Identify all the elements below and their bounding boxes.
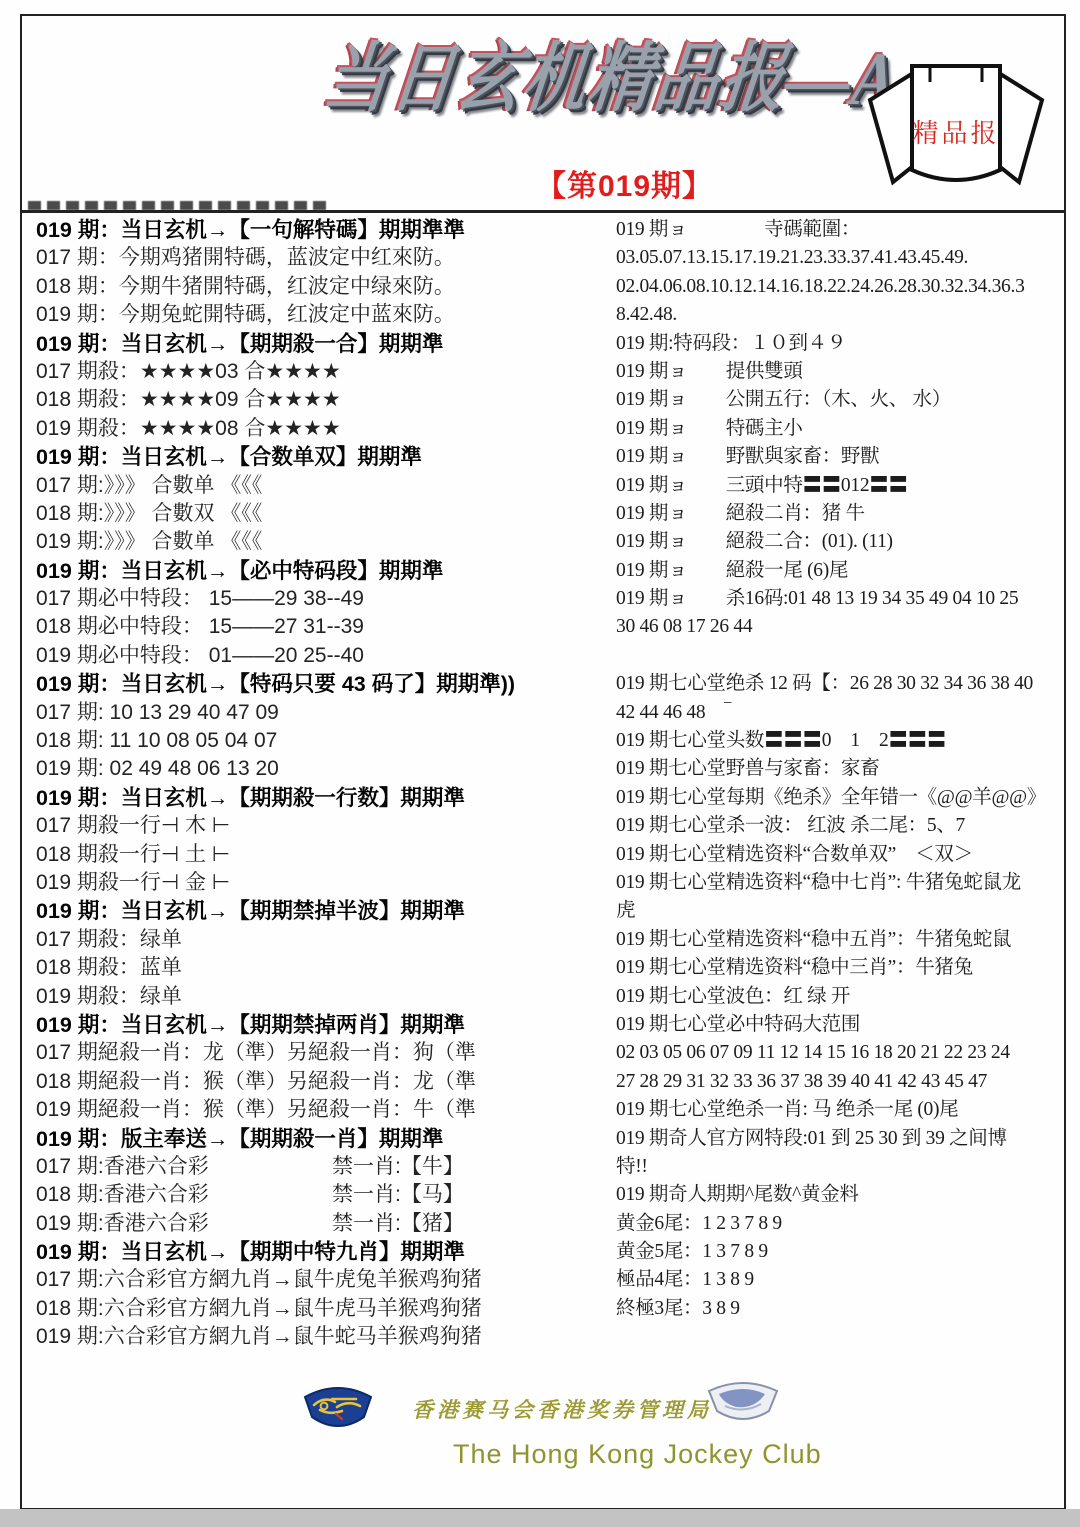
report-line-text: 019 期：当日玄机→【期期殺一行数】期期準: [36, 786, 465, 810]
report-line: 018 期：今期牛猪開特碼，红波定中绿來防。: [36, 273, 602, 301]
banner-label: 精品报: [912, 118, 999, 148]
report-line: 019 期七心堂精选资料“稳中五肖”：牛猪兔蛇鼠: [616, 926, 1062, 954]
report-line-text: 019 期七心堂精选资料“合数单双” ＜双＞: [616, 844, 973, 865]
report-line: 017 期:六合彩官方網九肖→鼠牛虎兔羊猴鸡狗猪: [36, 1266, 602, 1294]
issue-badge: 【第019期】: [536, 161, 713, 205]
report-line: 019 期：版主奉送→【期期殺一肖】期期準: [36, 1125, 602, 1153]
report-line: 019 期ョ 野獸與家畜：野獸: [616, 443, 1062, 471]
report-line-text: 019 期ョ 杀16码:01 48 13 19 34 35 49 04 10 2…: [616, 588, 1018, 609]
report-line-text: 019 期ョ 提供雙頭: [616, 361, 803, 382]
report-line-text: 特!!: [616, 1156, 648, 1177]
report-line-text: 8.42.48.: [616, 304, 677, 325]
report-line-text: 019 期：当日玄机→【期期殺一合】期期準: [36, 332, 443, 356]
report-line-text: 019 期ョ 絕殺一尾 (6)尾: [616, 560, 848, 581]
report-line: 018 期殺：蓝单: [36, 954, 602, 982]
report-line-text: 019 期ョ 特碼主小: [616, 418, 803, 439]
report-line-text: 019 期：版主奉送→【期期殺一肖】期期準: [36, 1127, 443, 1151]
report-line: 017 期: 10 13 29 40 47 09: [36, 699, 602, 727]
report-line-text: 017 期殺：★★★★03 合★★★★: [36, 360, 341, 383]
report-line-text: 019 期：当日玄机→【必中特码段】期期準: [36, 559, 443, 583]
report-line: 019 期奇人期期^尾数^黄金料: [616, 1181, 1062, 1209]
report-line-text: 019 期七心堂杀一波： 红波 杀二尾：5、7: [616, 815, 965, 836]
report-line-right-text: 禁一肖:【牛】: [332, 1153, 464, 1181]
right-column: 019 期ョ 寺碼範圍：03.05.07.13.15.17.19.21.23.3…: [616, 216, 1062, 1323]
report-line-text: 019 期奇人官方网特段:01 到 25 30 到 39 之间博: [616, 1128, 1007, 1149]
report-line-text: 42 44 46 48 ‾: [616, 702, 731, 723]
report-line-text: 018 期:》》》 合數双 《《《: [36, 502, 262, 525]
report-line-text: 019 期七心堂野兽与家畜：家畜: [616, 758, 879, 779]
report-line-text: 02 03 05 06 07 09 11 12 14 15 16 18 20 2…: [616, 1042, 1010, 1063]
report-line-text: 017 期:》》》 合數单 《《《: [36, 474, 262, 497]
report-line-text: 019 期七心堂绝杀一肖: 马 绝杀一尾 (0)尾: [616, 1099, 958, 1120]
report-line: 019 期：今期兔蛇開特碼，红波定中蓝來防。: [36, 301, 602, 329]
report-line-text: 018 期殺：蓝单: [36, 956, 182, 979]
report-line-text: 019 期: 02 49 48 06 13 20: [36, 757, 279, 780]
report-line-text: 019 期七心堂波色：红 绿 开: [616, 986, 850, 1007]
report-line-text: 019 期ョ 野獸與家畜：野獸: [616, 446, 879, 467]
report-line-text: 019 期：当日玄机→【期期禁掉两肖】期期準: [36, 1013, 465, 1037]
report-line-text: 019 期殺：绿单: [36, 985, 182, 1008]
report-line: 019 期：当日玄机→【期期中特九肖】期期準: [36, 1238, 602, 1266]
report-line-text: 019 期：今期兔蛇開特碼，红波定中蓝來防。: [36, 303, 455, 326]
report-line: 02 03 05 06 07 09 11 12 14 15 16 18 20 2…: [616, 1039, 1062, 1067]
report-line: 018 期:香港六合彩禁一肖:【马】: [36, 1181, 602, 1209]
report-line-text: 019 期ョ 三頭中特〓〓012〓〓: [616, 475, 908, 496]
report-page: 当日玄机精品报—A 【第019期】 精品报 019 期：当日玄机→【一句解特碼】…: [0, 0, 1080, 1527]
report-line: 019 期ョ 三頭中特〓〓012〓〓: [616, 472, 1062, 500]
report-line-text: 018 期殺一行⊣ 土 ⊢: [36, 843, 230, 866]
report-line: 019 期七心堂头数〓〓〓0 1 2〓〓〓: [616, 727, 1062, 755]
report-line: 018 期必中特段： 15——27 31--39: [36, 613, 602, 641]
report-line: 018 期絕殺一肖：猴（準）另絕殺一肖：龙（準: [36, 1068, 602, 1096]
report-line: 019 期殺：绿单: [36, 983, 602, 1011]
report-line: 019 期ョ 絕殺二肖：猪 牛: [616, 500, 1062, 528]
report-line: 017 期:香港六合彩禁一肖:【牛】: [36, 1153, 602, 1181]
report-line: 019 期：当日玄机→【期期殺一行数】期期準: [36, 784, 602, 812]
report-line: 黄金5尾：1 3 7 8 9: [616, 1238, 1062, 1266]
report-line: 017 期殺一行⊣ 木 ⊢: [36, 812, 602, 840]
report-line-text: 017 期殺一行⊣ 木 ⊢: [36, 814, 230, 837]
report-line-text: 019 期ョ 絕殺二肖：猪 牛: [616, 503, 865, 524]
report-line: 極品4尾：1 3 8 9: [616, 1266, 1062, 1294]
globe-logo-icon: [705, 1382, 781, 1424]
report-line: 019 期：当日玄机→【期期殺一合】期期準: [36, 330, 602, 358]
report-line: 018 期: 11 10 08 05 04 07: [36, 727, 602, 755]
report-line: 019 期七心堂精选资料“稳中七肖”: 牛猪兔蛇鼠龙: [616, 869, 1062, 897]
report-line: 019 期：当日玄机→【必中特码段】期期準: [36, 557, 602, 585]
report-line: 019 期:六合彩官方網九肖→鼠牛蛇马羊猴鸡狗猪: [36, 1323, 602, 1351]
report-line: 019 期七心堂绝杀一肖: 马 绝杀一尾 (0)尾: [616, 1096, 1062, 1124]
report-line-text: 018 期必中特段： 15——27 31--39: [36, 615, 364, 638]
ribbon-banner-icon: 精品报: [858, 56, 1054, 206]
report-line-text: 018 期:香港六合彩: [36, 1183, 209, 1206]
report-line: 019 期殺一行⊣ 金 ⊢: [36, 869, 602, 897]
left-column: 019 期：当日玄机→【一句解特碼】期期準準017 期：今期鸡猪開特碼，蓝波定中…: [36, 216, 602, 1352]
report-line: 019 期必中特段： 01——20 25--40: [36, 642, 602, 670]
report-line: 018 期:》》》 合數双 《《《: [36, 500, 602, 528]
report-line-text: 019 期七心堂精选资料“稳中五肖”：牛猪兔蛇鼠: [616, 929, 1011, 950]
report-line-text: 27 28 29 31 32 33 36 37 38 39 40 41 42 4…: [616, 1071, 987, 1092]
report-line-text: 019 期七心堂头数〓〓〓0 1 2〓〓〓: [616, 730, 946, 751]
report-line-text: 019 期奇人期期^尾数^黄金料: [616, 1184, 859, 1205]
report-line: 019 期七心堂波色：红 绿 开: [616, 983, 1062, 1011]
report-line: 018 期殺：★★★★09 合★★★★: [36, 386, 602, 414]
report-line: 018 期:六合彩官方網九肖→鼠牛虎马羊猴鸡狗猪: [36, 1295, 602, 1323]
report-line-right-text: 禁一肖:【猪】: [332, 1210, 464, 1238]
report-line: 019 期:香港六合彩禁一肖:【猪】: [36, 1210, 602, 1238]
report-line: 017 期：今期鸡猪開特碼，蓝波定中红來防。: [36, 244, 602, 272]
report-line: 019 期七心堂绝杀 12 码【：26 28 30 32 34 36 38 40: [616, 670, 1062, 698]
report-line: 終極3尾：3 8 9: [616, 1295, 1062, 1323]
report-line: 019 期奇人官方网特段:01 到 25 30 到 39 之间博: [616, 1125, 1062, 1153]
report-line-text: 019 期:特码段：１０到４９: [616, 333, 846, 354]
report-line-text: 019 期：当日玄机→【一句解特碼】期期準準: [36, 218, 465, 242]
report-line: 虎: [616, 897, 1062, 925]
report-line: 019 期：当日玄机→【合数单双】期期準: [36, 443, 602, 471]
report-line: 019 期：当日玄机→【特码只要 43 码了】期期準)): [36, 670, 602, 698]
report-line-text: 019 期:》》》 合數单 《《《: [36, 530, 262, 553]
report-line: 27 28 29 31 32 33 36 37 38 39 40 41 42 4…: [616, 1068, 1062, 1096]
report-line-text: 019 期殺一行⊣ 金 ⊢: [36, 871, 230, 894]
report-line: 018 期殺一行⊣ 土 ⊢: [36, 841, 602, 869]
report-line: 019 期絕殺一肖：猴（準）另絕殺一肖：牛（準: [36, 1096, 602, 1124]
report-line-text: 黄金6尾：1 2 3 7 8 9: [616, 1213, 782, 1234]
report-line: 特!!: [616, 1153, 1062, 1181]
report-line-text: 018 期: 11 10 08 05 04 07: [36, 729, 277, 752]
report-line-text: 019 期七心堂精选资料“稳中七肖”: 牛猪兔蛇鼠龙: [616, 872, 1021, 893]
report-line-text: 019 期:香港六合彩: [36, 1212, 209, 1235]
report-line: 019 期:特码段：１０到４９: [616, 330, 1062, 358]
report-line-text: 019 期必中特段： 01——20 25--40: [36, 644, 364, 667]
report-line-text: 終極3尾：3 8 9: [616, 1298, 740, 1319]
report-line-text: 017 期:六合彩官方網九肖→鼠牛虎兔羊猴鸡狗猪: [36, 1268, 482, 1291]
report-line: 017 期殺：★★★★03 合★★★★: [36, 358, 602, 386]
report-line-text: 019 期ョ 公開五行：（木、火、 水）: [616, 389, 951, 410]
report-line-text: 019 期絕殺一肖：猴（準）另絕殺一肖：牛（準: [36, 1098, 476, 1121]
report-line: 30 46 08 17 26 44: [616, 613, 1062, 641]
report-line-text: 019 期：当日玄机→【期期禁掉半波】期期準: [36, 899, 465, 923]
report-line-text: 018 期殺：★★★★09 合★★★★: [36, 388, 341, 411]
report-line-text: 019 期ョ 絕殺二合：(01). (11): [616, 531, 893, 552]
report-line-text: 019 期ョ 寺碼範圍：: [616, 219, 860, 240]
report-line-text: 018 期：今期牛猪開特碼，红波定中绿來防。: [36, 275, 455, 298]
report-line-text: 02.04.06.08.10.12.14.16.18.22.24.26.28.3…: [616, 276, 1025, 297]
report-line: 03.05.07.13.15.17.19.21.23.33.37.41.43.4…: [616, 244, 1062, 272]
report-line-text: 019 期：当日玄机→【期期中特九肖】期期準: [36, 1240, 465, 1264]
cut-off-text-artifact: [28, 201, 328, 210]
report-line-text: 018 期絕殺一肖：猴（準）另絕殺一肖：龙（準: [36, 1070, 476, 1093]
report-line-text: 虎: [616, 900, 635, 921]
report-line-text: 019 期：当日玄机→【特码只要 43 码了】期期準)): [36, 672, 515, 696]
report-line-text: 黄金5尾：1 3 7 8 9: [616, 1241, 768, 1262]
report-line: 019 期：当日玄机→【一句解特碼】期期準準: [36, 216, 602, 244]
footer-chinese-name: 香港赛马会香港奖券管理局: [412, 1394, 712, 1424]
report-line: 42 44 46 48 ‾: [616, 699, 1062, 727]
report-line: 019 期七心堂必中特码大范围: [616, 1011, 1062, 1039]
report-line-text: 019 期七心堂每期《绝杀》全年错一《@@羊@@》: [616, 787, 1046, 808]
report-line-text: 極品4尾：1 3 8 9: [616, 1269, 754, 1290]
report-line-right-text: 禁一肖:【马】: [332, 1181, 464, 1209]
report-line: 019 期：当日玄机→【期期禁掉两肖】期期準: [36, 1011, 602, 1039]
report-line: 019 期:》》》 合數单 《《《: [36, 528, 602, 556]
report-line: 019 期ョ 絕殺一尾 (6)尾: [616, 557, 1062, 585]
report-line: 017 期必中特段： 15——29 38--49: [36, 585, 602, 613]
report-line: [616, 642, 1062, 670]
report-line: 017 期絕殺一肖：龙（準）另絕殺一肖：狗（準: [36, 1039, 602, 1067]
report-line-text: 017 期必中特段： 15——29 38--49: [36, 587, 364, 610]
report-line: 019 期: 02 49 48 06 13 20: [36, 755, 602, 783]
report-line: 019 期七心堂杀一波： 红波 杀二尾：5、7: [616, 812, 1062, 840]
report-line-text: 017 期: 10 13 29 40 47 09: [36, 701, 279, 724]
hkjc-horse-logo-icon: [302, 1386, 374, 1430]
header-divider-line: [20, 210, 1066, 213]
report-line: 019 期七心堂野兽与家畜：家畜: [616, 755, 1062, 783]
report-line: 017 期殺：绿单: [36, 926, 602, 954]
report-line: 019 期七心堂精选资料“合数单双” ＜双＞: [616, 841, 1062, 869]
report-line-text: 018 期:六合彩官方網九肖→鼠牛虎马羊猴鸡狗猪: [36, 1297, 482, 1320]
report-line-text: 019 期七心堂绝杀 12 码【：26 28 30 32 34 36 38 40: [616, 673, 1033, 694]
report-line: 黄金6尾：1 2 3 7 8 9: [616, 1210, 1062, 1238]
report-line-text: 019 期七心堂精选资料“稳中三肖”：牛猪兔: [616, 957, 973, 978]
footer-english-name: The Hong Kong Jockey Club: [453, 1439, 822, 1470]
report-line-text: 017 期：今期鸡猪開特碼，蓝波定中红來防。: [36, 246, 455, 269]
report-line-text: 019 期:六合彩官方網九肖→鼠牛蛇马羊猴鸡狗猪: [36, 1325, 482, 1348]
report-line: 019 期ョ 提供雙頭: [616, 358, 1062, 386]
report-line: 02.04.06.08.10.12.14.16.18.22.24.26.28.3…: [616, 273, 1062, 301]
report-line: 019 期：当日玄机→【期期禁掉半波】期期準: [36, 897, 602, 925]
report-line-text: 03.05.07.13.15.17.19.21.23.33.37.41.43.4…: [616, 247, 968, 268]
scan-edge-strip: [0, 1509, 1080, 1527]
report-line-text: 017 期絕殺一肖：龙（準）另絕殺一肖：狗（準: [36, 1041, 476, 1064]
report-line-text: 017 期殺：绿单: [36, 928, 182, 951]
report-line: 019 期ョ 寺碼範圍：: [616, 216, 1062, 244]
report-line-text: 019 期七心堂必中特码大范围: [616, 1014, 860, 1035]
report-line: 019 期ョ 絕殺二合：(01). (11): [616, 528, 1062, 556]
report-line-text: 017 期:香港六合彩: [36, 1155, 209, 1178]
report-line: 019 期七心堂精选资料“稳中三肖”：牛猪兔: [616, 954, 1062, 982]
report-line: 019 期ョ 公開五行：（木、火、 水）: [616, 386, 1062, 414]
report-line: 019 期七心堂每期《绝杀》全年错一《@@羊@@》: [616, 784, 1062, 812]
report-line: 017 期:》》》 合數单 《《《: [36, 472, 602, 500]
report-line-text: 019 期：当日玄机→【合数单双】期期準: [36, 445, 422, 469]
report-line-text: 30 46 08 17 26 44: [616, 616, 752, 637]
report-line-text: 019 期殺：★★★★08 合★★★★: [36, 417, 341, 440]
report-line: 8.42.48.: [616, 301, 1062, 329]
report-line: 019 期ョ 特碼主小: [616, 415, 1062, 443]
page-title: 当日玄机精品报—A: [319, 18, 905, 127]
report-line: 019 期ョ 杀16码:01 48 13 19 34 35 49 04 10 2…: [616, 585, 1062, 613]
report-line: 019 期殺：★★★★08 合★★★★: [36, 415, 602, 443]
